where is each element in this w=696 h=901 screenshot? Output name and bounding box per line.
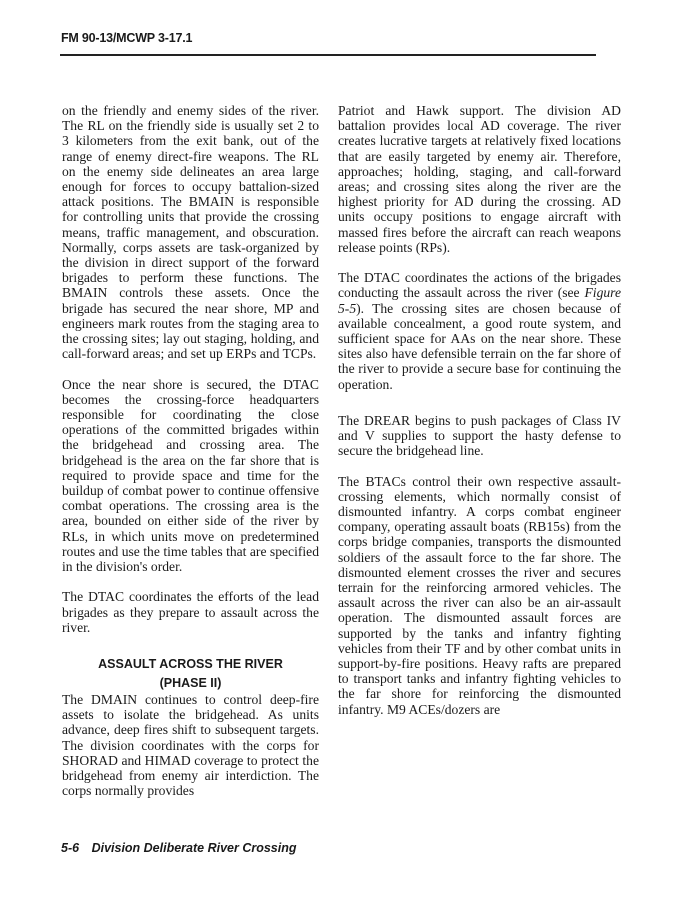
dtac-text-after: ). The crossing sites are chosen because…	[338, 301, 621, 392]
dtac-text-before: The DTAC coordinates the actions of the …	[338, 270, 621, 300]
header-divider	[60, 54, 596, 56]
left-column: on the friendly and enemy sides of the r…	[62, 103, 319, 814]
paragraph-dmain-deep-fire: The DMAIN continues to control deep-fire…	[62, 692, 319, 798]
paragraph-release-lines: on the friendly and enemy sides of the r…	[62, 103, 319, 361]
page-header: FM 90-13/MCWP 3-17.1	[60, 30, 596, 56]
chapter-title: Division Deliberate River Crossing	[92, 841, 297, 855]
section-subheading-phase: (PHASE II)	[62, 675, 319, 692]
paragraph-dtac-actions: The DTAC coordinates the actions of the …	[338, 270, 621, 392]
paragraph-dtac-crossing-force: Once the near shore is secured, the DTAC…	[62, 377, 319, 575]
paragraph-btacs-assault: The BTACs control their own respective a…	[338, 474, 621, 717]
page-footer: 5-6 Division Deliberate River Crossing	[61, 840, 297, 856]
document-id: FM 90-13/MCWP 3-17.1	[60, 30, 596, 46]
right-column: Patriot and Hawk support. The division A…	[338, 103, 621, 732]
section-heading-assault: ASSAULT ACROSS THE RIVER	[62, 654, 319, 675]
paragraph-drear-supplies: The DREAR begins to push packages of Cla…	[338, 413, 621, 459]
page-number: 5-6	[61, 841, 79, 855]
paragraph-dtac-lead-brigades: The DTAC coordinates the efforts of the …	[62, 589, 319, 635]
paragraph-air-defense: Patriot and Hawk support. The division A…	[338, 103, 621, 255]
